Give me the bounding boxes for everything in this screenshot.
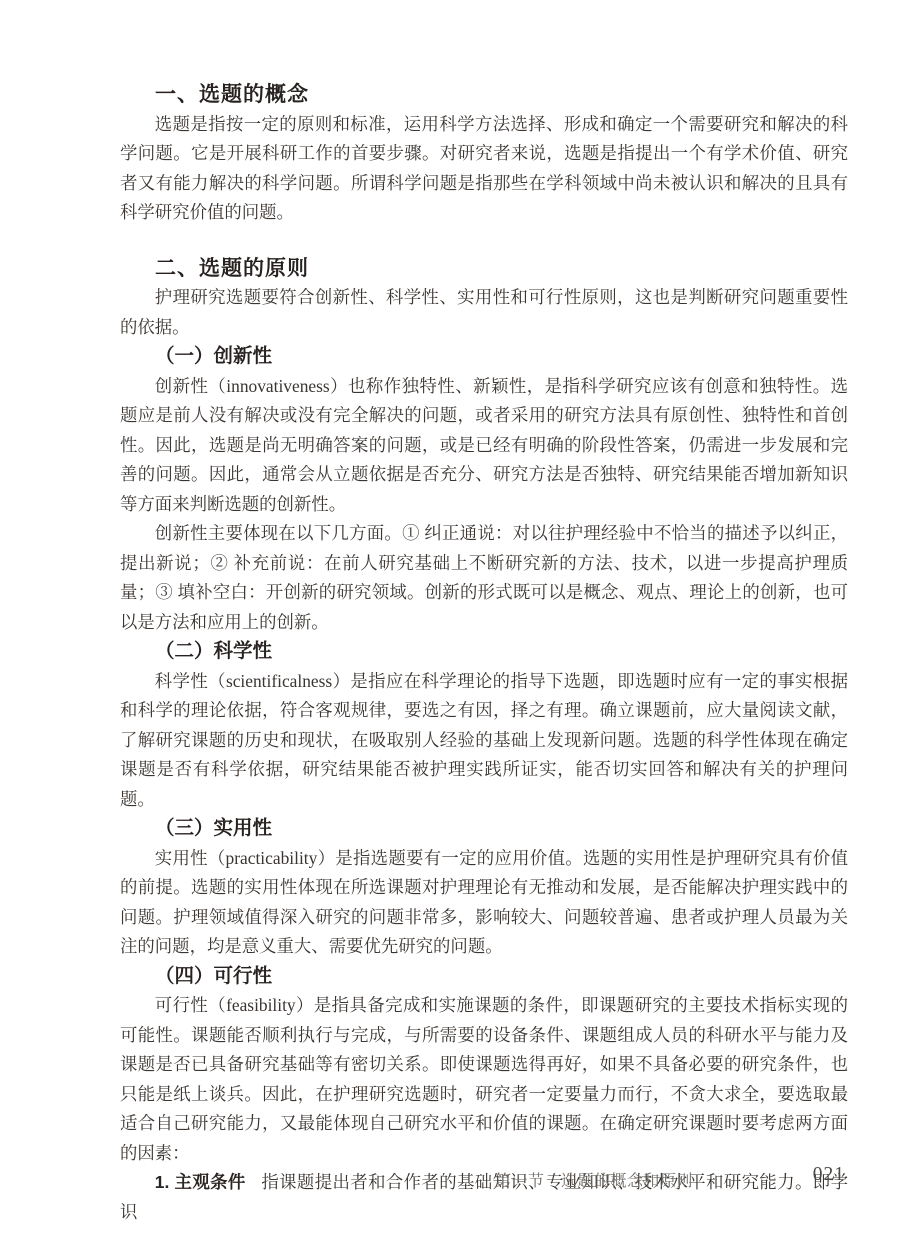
section-concept-heading: 一、选题的概念	[120, 80, 848, 110]
sub-innovativeness-heading: （一）创新性	[120, 342, 848, 372]
innovativeness-paragraph-2: 创新性主要体现在以下几方面。① 纠正通说：对以往护理经验中不恰当的描述予以纠正，…	[120, 519, 848, 637]
footer-page-number: 021	[813, 1164, 845, 1186]
principles-intro-paragraph: 护理研究选题要符合创新性、科学性、实用性和可行性原则，这也是判断研究问题重要性的…	[120, 283, 848, 342]
page-content: 一、选题的概念 选题是指按一定的原则和标准，运用科学方法选择、形成和确定一个需要…	[120, 80, 848, 1227]
section-principles-heading: 二、选题的原则	[120, 254, 848, 284]
page-footer: 第一节 选题的概念和原则 021	[120, 1164, 848, 1192]
sub-practicability-heading: （三）实用性	[120, 814, 848, 844]
sub-scientificalness-heading: （二）科学性	[120, 637, 848, 667]
practicability-paragraph: 实用性（practicability）是指选题要有一定的应用价值。选题的实用性是…	[120, 844, 848, 962]
footer-section-title: 第一节 选题的概念和原则	[495, 1168, 693, 1191]
document-page: 一、选题的概念 选题是指按一定的原则和标准，运用科学方法选择、形成和确定一个需要…	[0, 0, 900, 1245]
innovativeness-paragraph-1: 创新性（innovativeness）也称作独特性、新颖性，是指科学研究应该有创…	[120, 372, 848, 520]
feasibility-paragraph: 可行性（feasibility）是指具备完成和实施课题的条件，即课题研究的主要技…	[120, 991, 848, 1168]
sub-feasibility-heading: （四）可行性	[120, 962, 848, 992]
section-concept-paragraph: 选题是指按一定的原则和标准，运用科学方法选择、形成和确定一个需要研究和解决的科学…	[120, 110, 848, 228]
scientificalness-paragraph: 科学性（scientificalness）是指应在科学理论的指导下选题，即选题时…	[120, 667, 848, 815]
